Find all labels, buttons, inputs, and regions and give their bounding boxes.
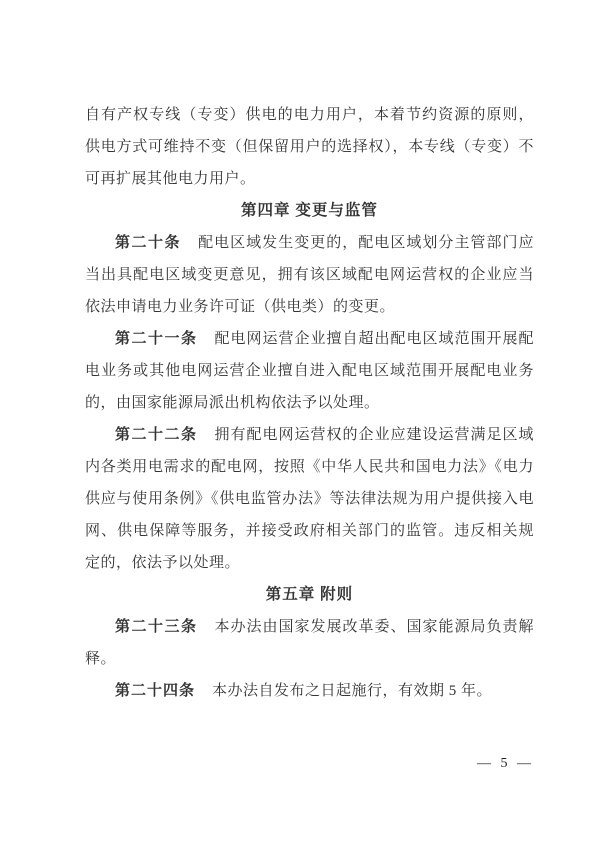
document-content: 自有产权专线（专变）供电的电力用户，本着节约资源的原则，供电方式可维持不变（但保… <box>85 99 534 707</box>
article-20-label: 第二十条 <box>115 235 181 251</box>
article-22: 第二十二条拥有配电网运营权的企业应建设运营满足区域内各类用电需求的配电网，按照《… <box>85 419 534 579</box>
page-number: — 5 — <box>477 756 534 772</box>
article-24: 第二十四条本办法自发布之日起施行，有效期 5 年。 <box>85 675 534 707</box>
chapter-5-heading: 第五章 附则 <box>85 579 534 611</box>
document-page: 自有产权专线（专变）供电的电力用户，本着节约资源的原则，供电方式可维持不变（但保… <box>0 0 608 853</box>
article-24-text: 本办法自发布之日起施行，有效期 5 年。 <box>212 683 492 699</box>
article-22-label: 第二十二条 <box>115 427 198 443</box>
article-23: 第二十三条本办法由国家发展改革委、国家能源局负责解释。 <box>85 611 534 675</box>
paragraph-continuation: 自有产权专线（专变）供电的电力用户，本着节约资源的原则，供电方式可维持不变（但保… <box>85 99 534 195</box>
article-24-label: 第二十四条 <box>115 683 195 699</box>
article-21-label: 第二十一条 <box>115 331 198 347</box>
article-22-text: 拥有配电网运营权的企业应建设运营满足区域内各类用电需求的配电网，按照《中华人民共… <box>85 427 534 571</box>
chapter-4-heading: 第四章 变更与监管 <box>85 195 534 227</box>
article-23-label: 第二十三条 <box>115 619 198 635</box>
article-20: 第二十条配电区域发生变更的，配电区域划分主管部门应当出具配电区域变更意见，拥有该… <box>85 227 534 323</box>
article-21: 第二十一条配电网运营企业擅自超出配电区域范围开展配电业务或其他电网运营企业擅自进… <box>85 323 534 419</box>
